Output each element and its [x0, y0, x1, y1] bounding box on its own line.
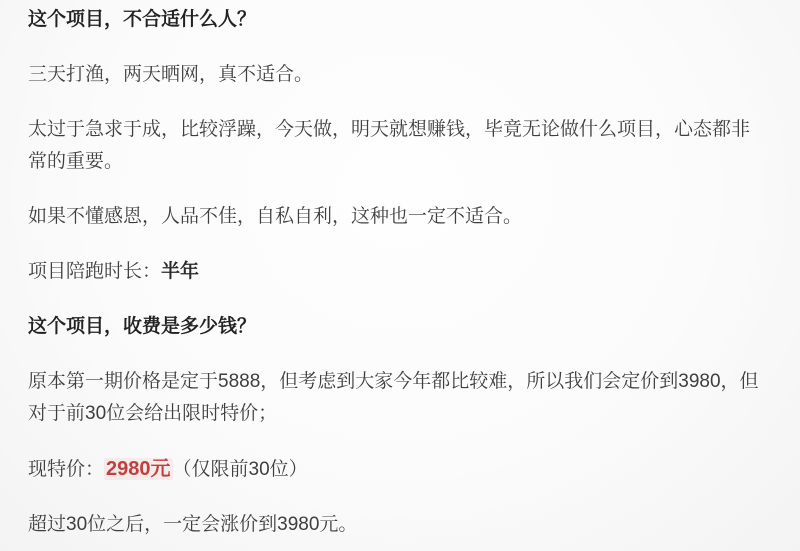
article-body: 这个项目，不合适什么人？ 三天打渔，两天晒网，真不适合。 太过于急求于成，比较浮…: [0, 0, 766, 541]
para-three-days-fishing: 三天打渔，两天晒网，真不适合。: [28, 59, 766, 91]
heading-not-suitable: 这个项目，不合适什么人？: [28, 4, 766, 36]
duration-label: 项目陪跑时长：: [28, 261, 161, 282]
heading-price: 这个项目，收费是多少钱？: [28, 311, 766, 343]
duration-value: 半年: [161, 261, 199, 282]
para-original-price: 原本第一期价格是定于5888，但考虑到大家今年都比较难，所以我们会定价到3980…: [28, 366, 766, 430]
para-impatient-mindset: 太过于急求于成，比较浮躁，今天做，明天就想赚钱，毕竟无论做什么项目，心态都非常的…: [28, 114, 766, 178]
special-price-label: 现特价：: [28, 459, 104, 480]
special-price-note: （仅限前30位）: [173, 459, 308, 480]
special-price-value: 2980元: [104, 458, 173, 480]
para-gratitude: 如果不懂感恩，人品不佳，自私自利，这种也一定不适合。: [28, 201, 766, 233]
para-price-rise: 超过30位之后，一定会涨价到3980元。: [28, 509, 766, 541]
duration-line: 项目陪跑时长：半年: [28, 256, 766, 288]
special-price-line: 现特价：2980元（仅限前30位）: [28, 453, 766, 486]
